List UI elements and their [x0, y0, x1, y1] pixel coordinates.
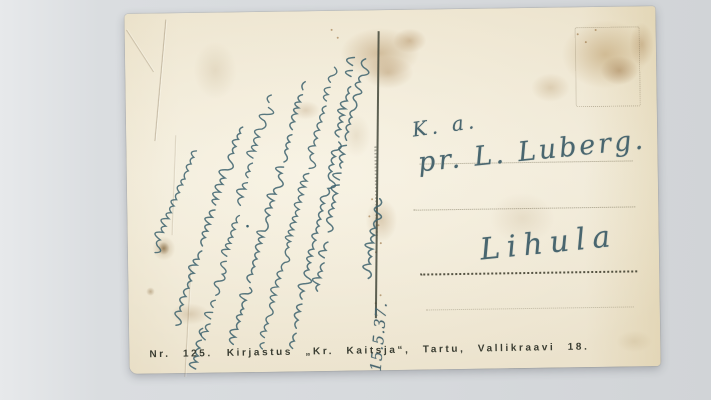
handwritten-stroke [306, 58, 372, 292]
handwritten-stroke [167, 125, 249, 327]
photo-of-postcard: K. a. pr. L. Luberg. Lihula 15.5.37. Nr.… [0, 0, 711, 400]
handwritten-message [124, 6, 660, 374]
handwritten-stroke [360, 198, 383, 279]
postcard-back: K. a. pr. L. Luberg. Lihula 15.5.37. Nr.… [124, 6, 660, 374]
handwritten-stroke [148, 148, 200, 254]
handwritten-period [246, 225, 249, 228]
imprint-number: Nr. 125. [149, 348, 213, 360]
handwritten-stroke [280, 51, 366, 349]
handwritten-stroke [189, 322, 205, 369]
